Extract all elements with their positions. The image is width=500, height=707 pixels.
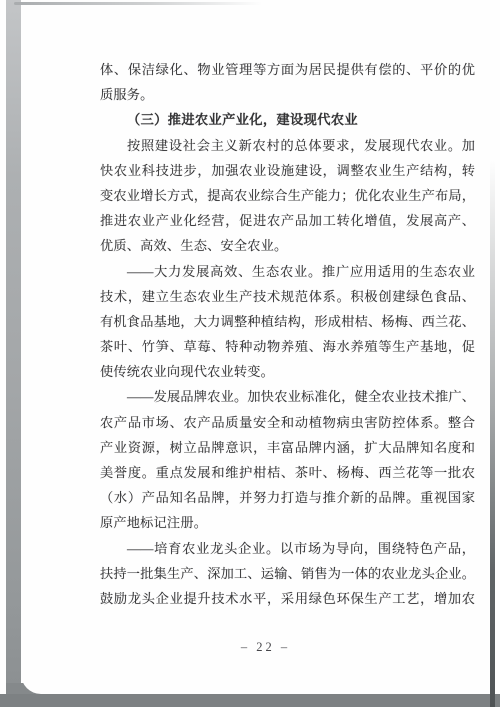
page-number: – 22 – [78, 640, 453, 655]
body-text-line: 扶持一批集生产、深加工、运输、销售为一体的农业龙头企业。 [100, 561, 475, 586]
scan-edge-top-streak [14, 2, 262, 5]
body-text-line: 原产地标记注册。 [100, 510, 475, 535]
scan-edge-left-band [6, 0, 21, 707]
body-text-line: ——发展品牌农业。加快农业标准化，健全农业技术推广、 [100, 384, 475, 409]
body-text-line: 鼓励龙头企业提升技术水平，采用绿色环保生产工艺，增加农 [100, 586, 475, 611]
body-text-line: 变农业增长方式，提高农业综合生产能力；优化农业生产布局， [100, 183, 475, 208]
body-text-line: 产业资源，树立品牌意识，丰富品牌内涵，扩大品牌知名度和 [100, 435, 475, 460]
paper-rounded-corner [21, 668, 103, 694]
body-text-line: 按照建设社会主义新农村的总体要求，发展现代农业。加 [100, 133, 475, 158]
scanned-document-page: 体、保洁绿化、物业管理等方面为居民提供有偿的、平价的优质服务。（三）推进农业产业… [0, 0, 500, 707]
body-text-line: 使传统农业向现代农业转变。 [100, 359, 475, 384]
body-text-line: 推进农业产业化经营，促进农产品加工转化增值，发展高产、 [100, 208, 475, 233]
body-text-line: ——培育农业龙头企业。以市场为导向，围绕特色产品， [100, 536, 475, 561]
body-text-line: 优质、高效、生态、安全农业。 [100, 233, 475, 258]
body-text-line: ——大力发展高效、生态农业。推广应用适用的生态农业 [100, 259, 475, 284]
body-text-line: 农产品市场、农产品质量安全和动植物病虫害防控体系。整合 [100, 410, 475, 435]
scan-edge-right-line [490, 160, 495, 707]
section-heading-line: （三）推进农业产业化，建设现代农业 [100, 107, 475, 132]
body-text-line: 美誉度。重点发展和维护柑桔、茶叶、杨梅、西兰花等一批农 [100, 460, 475, 485]
body-text-line: 质服务。 [100, 82, 475, 107]
scan-edge-bottom-band [0, 694, 500, 707]
body-text-line: 技术，建立生态农业生产技术规范体系。积极创建绿色食品、 [100, 284, 475, 309]
text-block: 体、保洁绿化、物业管理等方面为居民提供有偿的、平价的优质服务。（三）推进农业产业… [100, 57, 475, 611]
body-text-line: 有机食品基地，大力调整种植结构，形成柑桔、杨梅、西兰花、 [100, 309, 475, 334]
body-text-line: 茶叶、竹笋、草莓、特种动物养殖、海水养殖等生产基地，促 [100, 334, 475, 359]
body-text-line: （水）产品知名品牌，并努力打造与推介新的品牌。重视国家 [100, 485, 475, 510]
body-text-line: 快农业科技进步，加强农业设施建设，调整农业生产结构，转 [100, 158, 475, 183]
body-text-line: 体、保洁绿化、物业管理等方面为居民提供有偿的、平价的优 [100, 57, 475, 82]
